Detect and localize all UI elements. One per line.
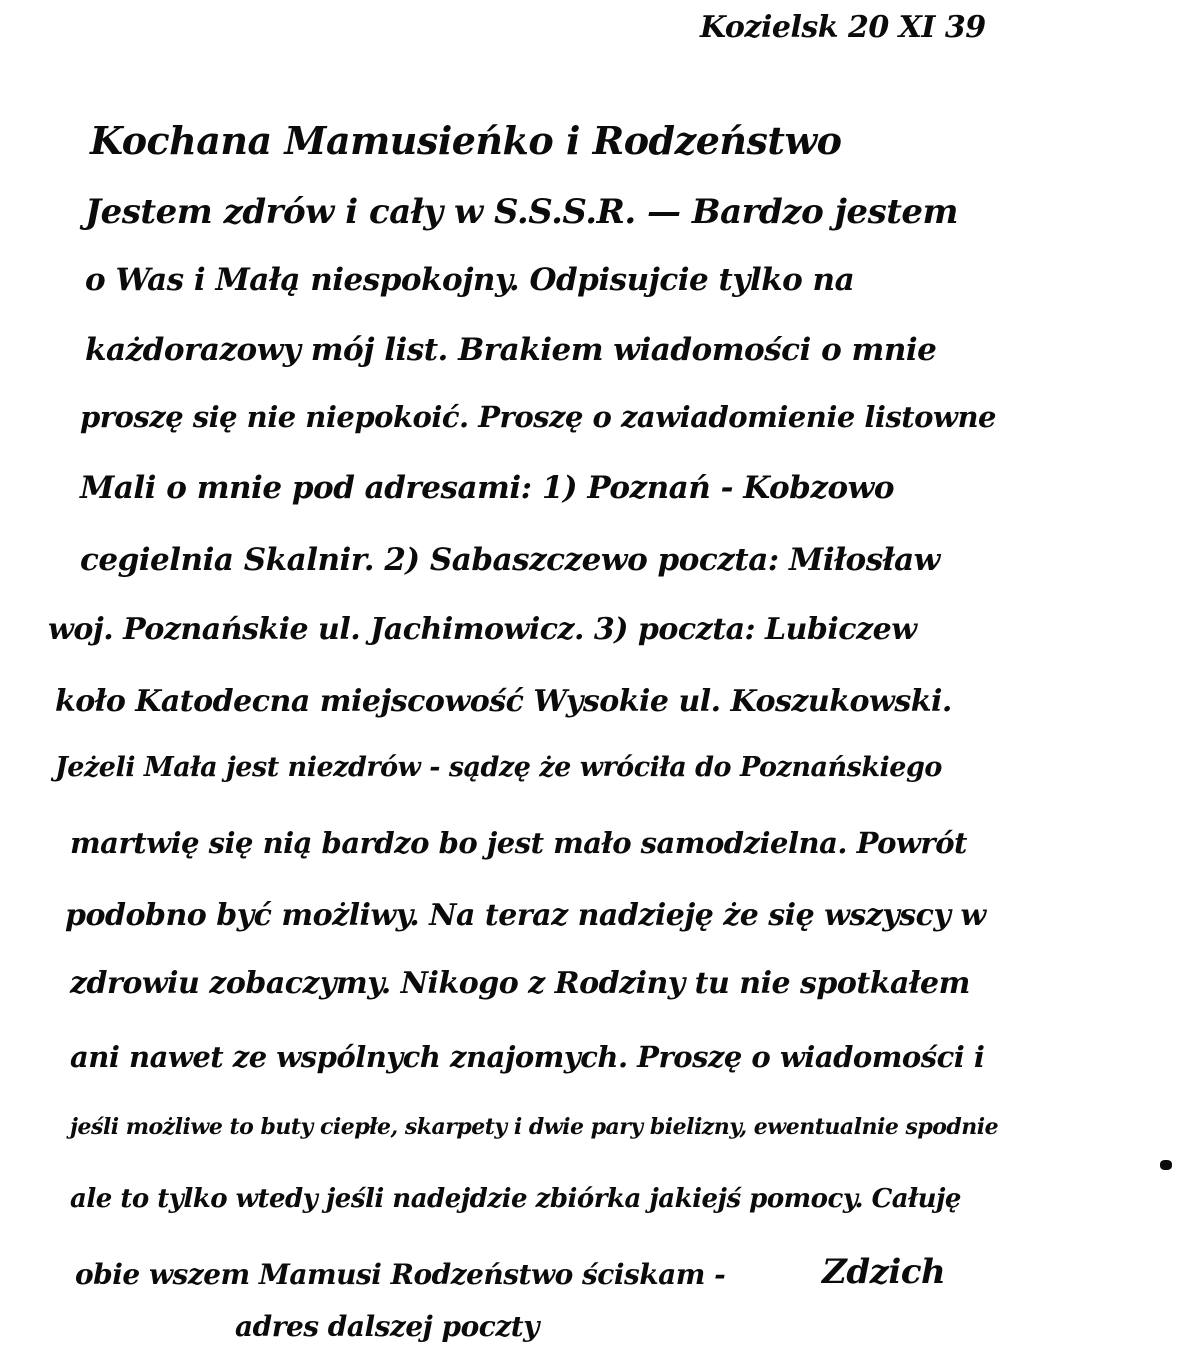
body-line-5: Mali o mnie pod adresami: 1) Poznań - Ko… [80, 470, 894, 506]
body-line-11: podobno być możliwy. Na teraz nadzieję ż… [65, 898, 986, 933]
body-line-1: Jestem zdrów i cały w S.S.S.R. — Bardzo … [85, 192, 958, 232]
body-line-6: cegielnia Skalnir. 2) Sabaszczewo poczta… [80, 542, 940, 578]
body-line-7: woj. Poznańskie ul. Jachimowicz. 3) pocz… [48, 612, 917, 647]
body-line-8: koło Katodecna miejscowość Wysokie ul. K… [55, 684, 952, 719]
dateline: Kozielsk 20 XI 39 [700, 10, 986, 45]
body-line-15: ale to tylko wtedy jeśli nadejdzie zbiór… [70, 1184, 961, 1214]
signature: Zdzich [822, 1252, 945, 1292]
body-line-3: każdorazowy mój list. Brakiem wiadomości… [85, 332, 936, 368]
body-line-2: o Was i Małą niespokojny. Odpisujcie tyl… [85, 262, 854, 298]
salutation: Kochana Mamusieńko i Rodzeństwo [90, 118, 842, 163]
ink-blot [1160, 1160, 1172, 1170]
body-line-13: ani nawet ze wspólnych znajomych. Proszę… [70, 1040, 984, 1074]
body-line-4: proszę się nie niepokoić. Proszę o zawia… [80, 400, 996, 434]
body-line-9: Jeżeli Mała jest niezdrów - sądzę że wró… [55, 752, 942, 783]
body-line-12: zdrowiu zobaczymy. Nikogo z Rodziny tu n… [70, 966, 970, 1001]
handwritten-letter: Kozielsk 20 XI 39 Kochana Mamusieńko i R… [0, 0, 1200, 1360]
body-line-10: martwię się nią bardzo bo jest mało samo… [70, 826, 967, 860]
body-line-16: obie wszem Mamusi Rodzeństwo ściskam - [75, 1258, 725, 1291]
postscript: adres dalszej poczty [235, 1310, 539, 1343]
body-line-14: jeśli możliwe to buty ciepłe, skarpety i… [70, 1114, 998, 1140]
